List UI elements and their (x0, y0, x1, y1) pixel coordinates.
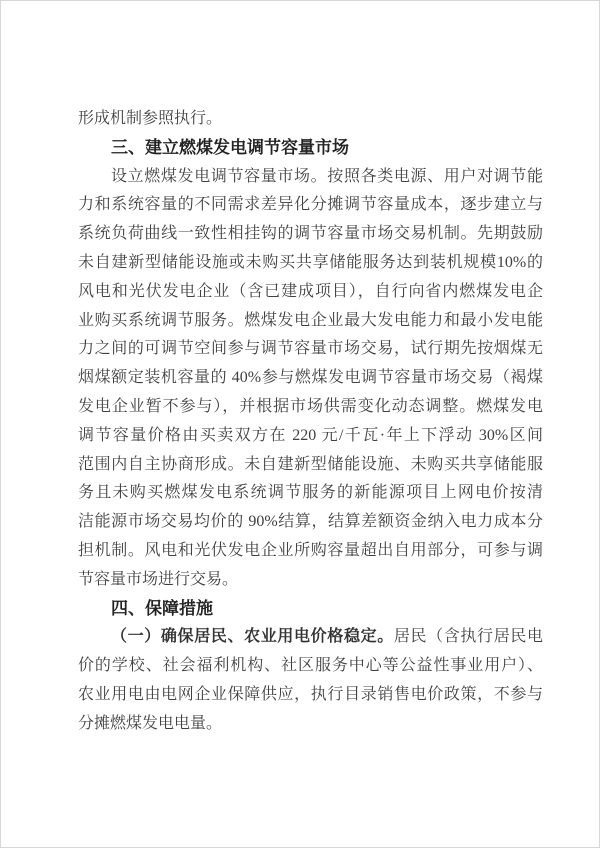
text-line: 设立燃煤发电调节容量市场。按照各类电源、用户对调节能 (78, 163, 543, 192)
text-line: 范围内自主协商形成。未自建新型储能设施、未购买共享储能服 (78, 451, 543, 480)
text-line: 价的学校、社会福利机构、社区服务中心等公益性事业用户）、 (78, 652, 543, 681)
text-line: 力之间的可调节空间参与调节容量市场交易，试行期先按烟煤无 (78, 335, 543, 364)
text-line: 形成机制参照执行。 (78, 105, 543, 134)
text-line: 担机制。风电和光伏发电企业所购容量超出自用部分，可参与调 (78, 537, 543, 566)
document-page: 形成机制参照执行。 三、建立燃煤发电调节容量市场 设立燃煤发电调节容量市场。按照… (0, 0, 600, 848)
text-line: 发电企业暂不参与），并根据市场供需变化动态调整。燃煤发电 (78, 393, 543, 422)
text-line: 未自建新型储能设施或未购买共享储能服务达到装机规模10%的 (78, 249, 543, 278)
clause-rest: 居民（含执行居民电 (394, 628, 543, 645)
text-line: 农业用电由电网企业保障供应，执行目录销售电价政策，不参与 (78, 681, 543, 710)
text-line: 烟煤额定装机容量的 40%参与燃煤发电调节容量市场交易（褐煤 (78, 364, 543, 393)
text-line: 业购买系统调节服务。燃煤发电企业最大发电能力和最小发电能 (78, 307, 543, 336)
text-line: （一）确保居民、农业用电价格稳定。居民（含执行居民电 (78, 623, 543, 652)
text-line: 力和系统容量的不同需求差异化分摊调节容量成本，逐步建立与 (78, 191, 543, 220)
clause-lead-bold: （一）确保居民、农业用电价格稳定。 (111, 628, 394, 645)
text-line: 节容量市场进行交易。 (78, 566, 543, 595)
text-line: 调节容量价格由买卖双方在 220 元/千瓦·年上下浮动 30%区间 (78, 422, 543, 451)
text-line: 分摊燃煤发电电量。 (78, 710, 543, 739)
section-heading-4: 四、保障措施 (78, 595, 543, 624)
text-line: 务且未购买燃煤发电系统调节服务的新能源项目上网电价按清 (78, 479, 543, 508)
text-line: 风电和光伏发电企业（含已建成项目），自行向省内燃煤发电企 (78, 278, 543, 307)
text-line: 系统负荷曲线一致性相挂钩的调节容量市场交易机制。先期鼓励 (78, 220, 543, 249)
section-heading-3: 三、建立燃煤发电调节容量市场 (78, 134, 543, 163)
text-line: 洁能源市场交易均价的 90%结算，结算差额资金纳入电力成本分 (78, 508, 543, 537)
